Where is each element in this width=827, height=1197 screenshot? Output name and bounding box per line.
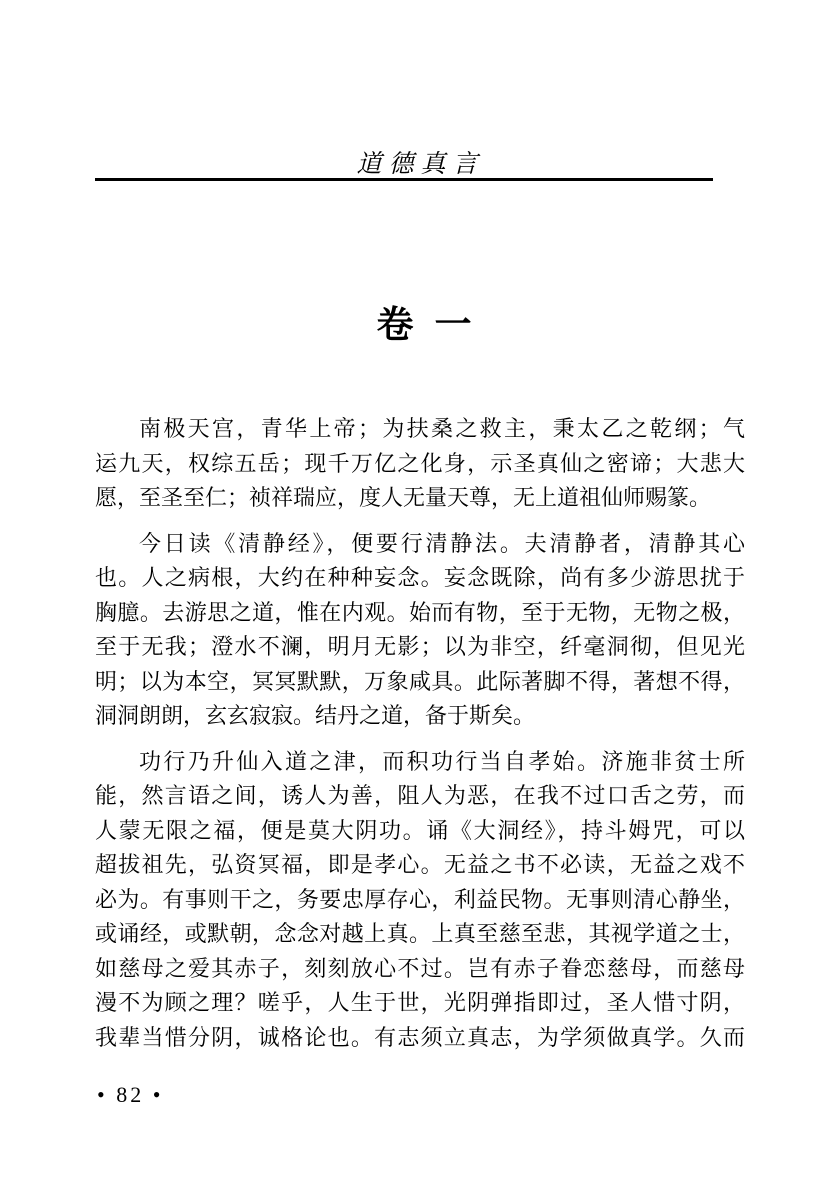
text-line: 今日读《清静经》，便要行清静法。夫清静者，清静其心 (95, 527, 745, 562)
text-line: 必为。有事则干之，务要忠厚存心，利益民物。无事则清心静坐， (95, 883, 745, 918)
paragraph: 功行乃升仙入道之津，而积功行当自孝始。济施非贫士所能，然言语之间，诱人为善，阻人… (95, 745, 745, 1056)
text-line: 也。人之病根，大约在种种妄念。妄念既除，尚有多少游思扰于 (95, 561, 745, 596)
text-line: 明；以为本空，冥冥默默，万象咸具。此际著脚不得，著想不得， (95, 665, 745, 700)
paragraph: 今日读《清静经》，便要行清静法。夫清静者，清静其心也。人之病根，大约在种种妄念。… (95, 527, 745, 734)
text-line: 洞洞朗朗，玄玄寂寂。结丹之道，备于斯矣。 (95, 699, 745, 734)
text-line: 人蒙无限之福，便是莫大阴功。诵《大洞经》，持斗姆咒，可以 (95, 814, 745, 849)
body-text: 南极天宫，青华上帝；为扶桑之救主，秉太乙之乾纲；气运九天，权综五岳；现千万亿之化… (95, 412, 745, 1066)
text-line: 运九天，权综五岳；现千万亿之化身，示圣真仙之密谛；大悲大 (95, 447, 745, 482)
text-line: 如慈母之爱其赤子，刻刻放心不过。岂有赤子眷恋慈母，而慈母 (95, 952, 745, 987)
header-rule-divider (95, 178, 713, 181)
running-header-title: 道德真言 (0, 144, 827, 180)
text-line: 功行乃升仙入道之津，而积功行当自孝始。济施非贫士所 (95, 745, 745, 780)
text-line: 至于无我；澄水不澜，明月无影；以为非空，纤毫洞彻，但见光 (95, 630, 745, 665)
text-line: 愿，至圣至仁；祯祥瑞应，度人无量天尊，无上道祖仙师赐篆。 (95, 481, 745, 516)
text-line: 我辈当惜分阴，诚格论也。有志须立真志，为学须做真学。久而 (95, 1021, 745, 1056)
text-line: 胸臆。去游思之道，惟在内观。始而有物，至于无物，无物之极， (95, 596, 745, 631)
text-line: 能，然言语之间，诱人为善，阻人为恶，在我不过口舌之劳，而 (95, 779, 745, 814)
page-number: • 82 • (97, 1082, 163, 1108)
chapter-title: 卷一 (0, 294, 827, 348)
text-line: 漫不为顾之理？嗟乎，人生于世，光阴弹指即过，圣人惜寸阴， (95, 986, 745, 1021)
text-line: 南极天宫，青华上帝；为扶桑之救主，秉太乙之乾纲；气 (95, 412, 745, 447)
text-line: 超拔祖先，弘资冥福，即是孝心。无益之书不必读，无益之戏不 (95, 848, 745, 883)
paragraph: 南极天宫，青华上帝；为扶桑之救主，秉太乙之乾纲；气运九天，权综五岳；现千万亿之化… (95, 412, 745, 516)
book-page: { "page": { "running_header": "道德真言", "p… (0, 0, 827, 1197)
text-line: 或诵经，或默朝，念念对越上真。上真至慈至悲，其视学道之士， (95, 917, 745, 952)
